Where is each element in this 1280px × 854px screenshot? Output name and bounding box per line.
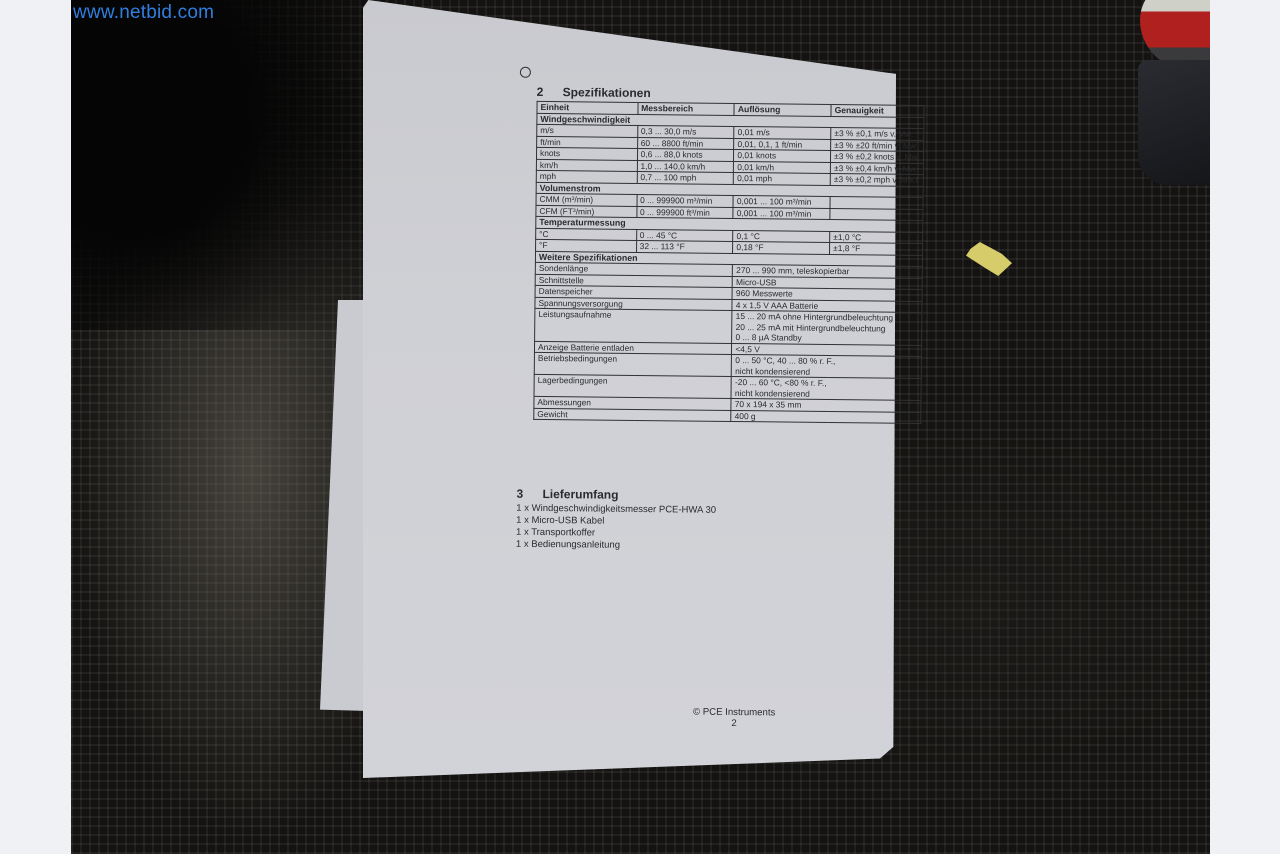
table-cell: 0,3 ... 30,0 m/s [637, 125, 734, 138]
section-number: 3 [516, 487, 523, 501]
table-cell: 0 ... 999900 ft³/min [636, 206, 733, 219]
table-cell: knots [536, 147, 637, 160]
specifications-table: EinheitMessbereichAuflösungGenauigkeitWi… [533, 101, 924, 424]
page-footer: © PCE Instruments 2 [684, 706, 784, 729]
table-cell: 0,01 km/h [734, 161, 831, 174]
column-header: Auflösung [734, 103, 831, 116]
table-cell: 0,1 °C [733, 230, 830, 243]
table-cell: 60 ... 8800 ft/min [637, 137, 734, 150]
table-cell: Gewicht [534, 408, 731, 422]
table-cell: m/s [537, 124, 638, 137]
dark-case-object [1138, 60, 1210, 185]
table-cell: 0,001 ... 100 m³/min [733, 207, 830, 220]
table-cell: km/h [536, 159, 637, 172]
table-cell: 0 ... 999900 m³/min [637, 194, 734, 207]
table-cell: 0,01 mph [734, 172, 831, 185]
table-cell [830, 208, 923, 220]
table-cell [830, 196, 923, 208]
table-cell: CMM (m³/min) [536, 193, 637, 206]
copyright-text: © PCE Instruments [684, 706, 784, 718]
delivery-list: 1 x Windgeschwindigkeitsmesser PCE-HWA 3… [516, 503, 876, 555]
section-title: Spezifikationen [563, 85, 651, 100]
dark-object [71, 0, 401, 330]
table-cell: 32 ... 113 °F [636, 240, 733, 253]
page-number: 2 [684, 717, 784, 729]
table-cell: Lagerbedingungen [534, 374, 732, 398]
table-cell: -20 ... 60 °C, <80 % r. F.,nicht kondens… [731, 376, 921, 400]
table-cell: 0 ... 45 °C [636, 229, 733, 242]
table-cell: 0,01 m/s [734, 126, 831, 139]
table-cell: mph [536, 170, 637, 183]
table-cell: 15 ... 20 mA ohne Hintergrundbeleuchtung… [732, 310, 922, 344]
column-header: Genauigkeit [831, 104, 924, 116]
table-row: Leistungsaufnahme15 ... 20 mA ohne Hinte… [535, 308, 922, 345]
table-cell: Betriebsbedingungen [534, 352, 732, 376]
emblem-icon [520, 67, 531, 78]
table-cell: ±3 % ±0,2 mph v. Mw.t [830, 173, 923, 185]
table-cell: 400 g [731, 410, 921, 423]
table-cell: ±3 % ±0,4 km/h v. Mw. [830, 162, 923, 174]
table-cell: 0,6 ... 88,0 knots [637, 148, 734, 161]
table-cell: 0 ... 50 °C, 40 ... 80 % r. F.,nicht kon… [732, 354, 922, 378]
table-cell: 0,01 knots [734, 149, 831, 162]
table-cell: 0,7 ... 100 mph [637, 171, 734, 184]
section-scope-of-delivery: 3 Lieferumfang 1 x Windgeschwindigkeitsm… [516, 487, 877, 555]
table-cell: 1,0 ... 140,0 km/h [637, 160, 734, 173]
table-cell: 0,18 °F [733, 241, 830, 254]
section-number: 2 [537, 85, 544, 99]
table-cell: ±3 % ±0,2 knots v. Mw. [831, 150, 924, 162]
table-cell: 0,01, 0,1, 1 ft/min [734, 138, 831, 151]
table-cell: 0,001 ... 100 m³/min [733, 195, 830, 208]
photo: 2 Spezifikationen EinheitMessbereichAufl… [71, 0, 1210, 854]
watermark: www.netbid.com [73, 2, 214, 24]
table-cell: CFM (FT³/min) [536, 205, 637, 218]
section-title: Lieferumfang [542, 487, 618, 502]
table-cell: Leistungsaufnahme [535, 308, 733, 343]
table-cell: ±3 % ±20 ft/min v. Mw. [831, 139, 924, 151]
section-specifications: 2 Spezifikationen EinheitMessbereichAufl… [533, 85, 928, 424]
table-cell: ±1,0 °C [830, 231, 923, 243]
column-header: Einheit [537, 101, 638, 114]
column-header: Messbereich [638, 102, 735, 115]
table-cell: ±1,8 °F [830, 242, 923, 254]
table-cell: ±3 % ±0,1 m/s v. Mw. [831, 127, 924, 139]
table-cell: ft/min [537, 136, 638, 149]
